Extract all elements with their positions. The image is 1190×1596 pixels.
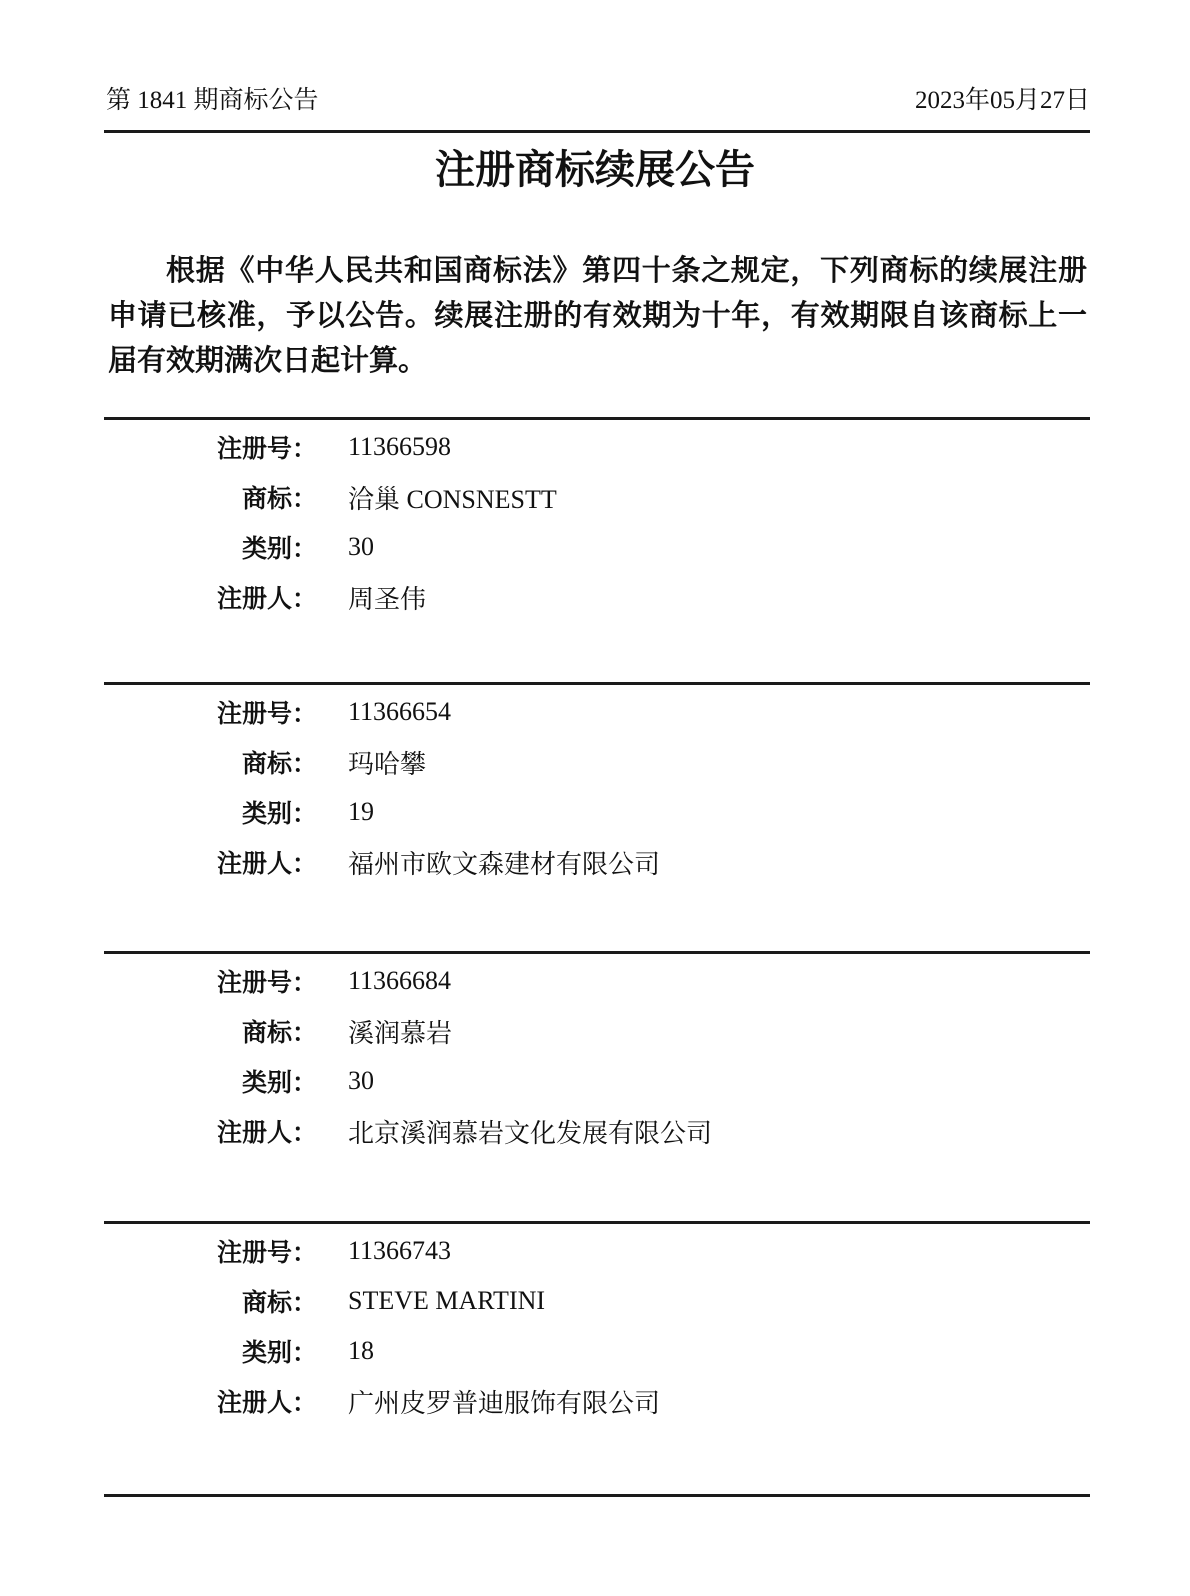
field-value-registrant: 北京溪润慕岩文化发展有限公司 bbox=[348, 1113, 712, 1150]
field-value-reg-no: 11366684 bbox=[348, 966, 451, 996]
record-row-reg-no: 注册号： 11366743 bbox=[104, 1226, 1090, 1276]
field-label-registrant: 注册人： bbox=[104, 579, 317, 615]
field-label-reg-no: 注册号： bbox=[104, 429, 317, 465]
record-separator bbox=[104, 1221, 1090, 1224]
field-value-category: 18 bbox=[348, 1336, 374, 1366]
field-label-trademark: 商标： bbox=[104, 744, 317, 780]
record-row-category: 类别： 30 bbox=[104, 1056, 1090, 1106]
field-value-trademark: 玛哈攀 bbox=[348, 744, 426, 781]
field-label-category: 类别： bbox=[104, 1333, 317, 1369]
field-value-trademark: 洽巢 CONSNESTT bbox=[348, 479, 557, 516]
field-value-category: 19 bbox=[348, 797, 374, 827]
field-label-registrant: 注册人： bbox=[104, 1383, 317, 1419]
record-separator bbox=[104, 951, 1090, 954]
record-separator bbox=[104, 417, 1090, 420]
field-value-reg-no: 11366743 bbox=[348, 1236, 451, 1266]
field-label-category: 类别： bbox=[104, 1063, 317, 1099]
trademark-record: 注册号： 11366598 商标： 洽巢 CONSNESTT 类别： 30 注册… bbox=[104, 417, 1090, 622]
field-value-registrant: 周圣伟 bbox=[348, 579, 426, 616]
field-label-reg-no: 注册号： bbox=[104, 694, 317, 730]
field-value-trademark: STEVE MARTINI bbox=[348, 1286, 545, 1316]
field-value-reg-no: 11366654 bbox=[348, 697, 451, 727]
record-row-trademark: 商标： STEVE MARTINI bbox=[104, 1276, 1090, 1326]
field-value-reg-no: 11366598 bbox=[348, 432, 451, 462]
record-row-category: 类别： 18 bbox=[104, 1326, 1090, 1376]
record-separator bbox=[104, 682, 1090, 685]
record-row-trademark: 商标： 玛哈攀 bbox=[104, 737, 1090, 787]
field-label-category: 类别： bbox=[104, 794, 317, 830]
record-row-trademark: 商标： 溪润慕岩 bbox=[104, 1006, 1090, 1056]
date-label: 2023年05月27日 bbox=[915, 86, 1090, 116]
record-row-category: 类别： 30 bbox=[104, 522, 1090, 572]
record-row-registrant: 注册人： 广州皮罗普迪服饰有限公司 bbox=[104, 1376, 1090, 1426]
record-row-registrant: 注册人： 周圣伟 bbox=[104, 572, 1090, 622]
field-value-registrant: 广州皮罗普迪服饰有限公司 bbox=[348, 1383, 660, 1420]
record-row-reg-no: 注册号： 11366598 bbox=[104, 422, 1090, 472]
header-rule bbox=[104, 130, 1090, 133]
field-label-trademark: 商标： bbox=[104, 1013, 317, 1049]
page-title: 注册商标续展公告 bbox=[0, 146, 1190, 194]
field-label-registrant: 注册人： bbox=[104, 844, 317, 880]
gazette-page: 第 1841 期商标公告 2023年05月27日 注册商标续展公告 根据《中华人… bbox=[0, 0, 1190, 1596]
field-value-category: 30 bbox=[348, 532, 374, 562]
field-label-category: 类别： bbox=[104, 529, 317, 565]
field-label-reg-no: 注册号： bbox=[104, 1233, 317, 1269]
record-row-reg-no: 注册号： 11366684 bbox=[104, 956, 1090, 1006]
record-row-trademark: 商标： 洽巢 CONSNESTT bbox=[104, 472, 1090, 522]
page-header: 第 1841 期商标公告 2023年05月27日 bbox=[106, 86, 1090, 116]
record-row-registrant: 注册人： 福州市欧文森建材有限公司 bbox=[104, 837, 1090, 887]
field-value-registrant: 福州市欧文森建材有限公司 bbox=[348, 844, 660, 881]
record-row-category: 类别： 19 bbox=[104, 787, 1090, 837]
trademark-record: 注册号： 11366743 商标： STEVE MARTINI 类别： 18 注… bbox=[104, 1221, 1090, 1426]
field-label-trademark: 商标： bbox=[104, 1283, 317, 1319]
intro-paragraph: 根据《中华人民共和国商标法》第四十条之规定，下列商标的续展注册申请已核准，予以公… bbox=[108, 249, 1087, 384]
trademark-record: 注册号： 11366654 商标： 玛哈攀 类别： 19 注册人： 福州市欧文森… bbox=[104, 682, 1090, 887]
field-value-trademark: 溪润慕岩 bbox=[348, 1013, 452, 1050]
trademark-record: 注册号： 11366684 商标： 溪润慕岩 类别： 30 注册人： 北京溪润慕… bbox=[104, 951, 1090, 1156]
record-row-registrant: 注册人： 北京溪润慕岩文化发展有限公司 bbox=[104, 1106, 1090, 1156]
field-label-trademark: 商标： bbox=[104, 479, 317, 515]
field-label-reg-no: 注册号： bbox=[104, 963, 317, 999]
bottom-rule bbox=[104, 1494, 1090, 1497]
field-value-category: 30 bbox=[348, 1066, 374, 1096]
record-row-reg-no: 注册号： 11366654 bbox=[104, 687, 1090, 737]
issue-label: 第 1841 期商标公告 bbox=[106, 86, 319, 116]
field-label-registrant: 注册人： bbox=[104, 1113, 317, 1149]
